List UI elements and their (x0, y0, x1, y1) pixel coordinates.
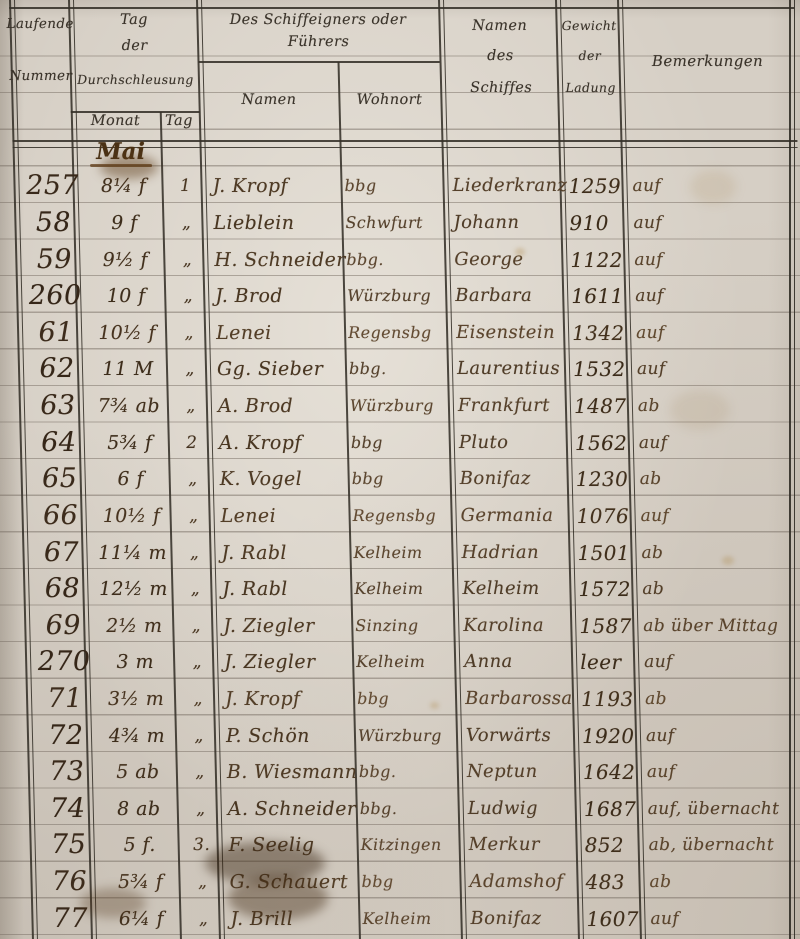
row-owner-name: J. Rabl (221, 534, 350, 571)
row-running-number: 68 (28, 570, 97, 607)
register-table: Laufende Nummer Tag der Durchschleusung … (0, 0, 800, 939)
ledger-row: 71 3½ m „ J. Kropf bbg Barbarossa 1193 a… (17, 680, 800, 717)
grid-vline-right-border (794, 0, 796, 939)
row-day: 1 (166, 167, 205, 204)
row-remark: ab (649, 863, 800, 900)
ledger-row: 61 10½ f „ Lenei Regensbg Eisenstein 134… (8, 314, 800, 351)
ledger-row: 270 3 m „ J. Ziegler Kelheim Anna leer a… (16, 643, 800, 680)
row-day: „ (175, 534, 214, 571)
row-remark: auf, übernacht (647, 790, 800, 827)
row-time: 5¾ f (86, 424, 173, 461)
row-residence: bbg. (359, 790, 460, 827)
row-residence: bbg (357, 680, 458, 717)
row-residence: Kelheim (356, 643, 457, 680)
row-owner-name: A. Schneider (227, 790, 356, 827)
row-running-number: 67 (27, 534, 96, 571)
row-residence: bbg. (346, 241, 447, 278)
row-remark: auf (636, 314, 800, 351)
row-day: „ (179, 680, 218, 717)
fox-spot (722, 556, 734, 565)
row-remark: auf (638, 424, 800, 461)
row-residence: Regensbg (348, 314, 449, 351)
grid-hline (198, 61, 439, 63)
column-header-owner: Des Schiffeigners oder (197, 12, 438, 28)
grid-vline-right-border (789, 0, 791, 939)
row-ship-name: Barbara (455, 277, 564, 314)
row-cargo-weight: 910 (569, 204, 626, 241)
row-day: „ (178, 643, 217, 680)
row-remark: auf (637, 350, 800, 387)
row-ship-name: Bonifaz (470, 900, 579, 937)
row-residence: Würzburg (349, 387, 450, 424)
row-residence: bbg (344, 167, 445, 204)
row-day: „ (171, 350, 210, 387)
row-day: „ (171, 387, 210, 424)
row-remark: auf (646, 753, 800, 790)
paper-stain (690, 170, 736, 204)
row-running-number: 270 (30, 643, 99, 680)
column-header-running-number: Nummer (8, 68, 74, 84)
ledger-page: Laufende Nummer Tag der Durchschleusung … (0, 0, 800, 939)
row-running-number: 257 (18, 167, 87, 204)
row-remark: auf (640, 497, 800, 534)
row-remark: auf (635, 277, 800, 314)
column-header-date: Durchschleusung (72, 72, 199, 87)
ledger-row: 65 6 f „ K. Vogel bbg Bonifaz 1230 ab (11, 460, 800, 497)
row-ship-name: Hadrian (461, 534, 570, 571)
row-cargo-weight: 852 (584, 826, 641, 863)
row-cargo-weight: 1076 (576, 497, 633, 534)
row-ship-name: Ludwig (467, 790, 576, 827)
column-header-day: Tag (158, 113, 200, 129)
row-day: „ (169, 277, 208, 314)
row-day: „ (174, 497, 213, 534)
row-remark: auf (646, 717, 800, 754)
column-header-ship: des (444, 48, 556, 64)
row-residence: bbg (350, 424, 451, 461)
row-remark: auf (633, 204, 800, 241)
row-ship-name: Laurentius (457, 350, 566, 387)
column-header-ship: Schiffes (445, 80, 557, 96)
ledger-row: 74 8 ab „ A. Schneider bbg. Ludwig 1687 … (19, 790, 800, 827)
column-header-residence: Wohnort (338, 92, 440, 108)
row-remark: auf (634, 241, 800, 278)
row-cargo-weight: 1562 (574, 424, 631, 461)
row-owner-name: K. Vogel (219, 460, 348, 497)
row-time: 10½ f (84, 314, 171, 351)
row-day: „ (181, 790, 220, 827)
row-ship-name: Germania (460, 497, 569, 534)
ledger-row: 72 4¾ m „ P. Schön Würzburg Vorwärts 192… (18, 717, 800, 754)
row-owner-name: J. Rabl (222, 570, 351, 607)
row-time: 11 M (85, 350, 172, 387)
ledger-row: 58 9 f „ Lieblein Schwfurt Johann 910 au… (5, 204, 800, 241)
row-residence: Würzburg (358, 717, 459, 754)
ledger-row: 73 5 ab „ B. Wiesmann bbg. Neptun 1642 a… (18, 753, 800, 790)
column-header-date: Tag (70, 12, 197, 28)
column-header-weight: Ladung (562, 80, 619, 95)
row-residence: Schwfurt (345, 204, 446, 241)
row-owner-name: P. Schön (226, 717, 355, 754)
row-day: „ (173, 460, 212, 497)
row-ship-name: Johann (453, 204, 562, 241)
row-owner-name: H. Schneider (214, 241, 343, 278)
row-running-number: 59 (20, 241, 89, 278)
row-time: 12½ m (90, 570, 177, 607)
row-ship-name: Neptun (466, 753, 575, 790)
row-ship-name: Barbarossa (465, 680, 574, 717)
row-time: 6 f (87, 460, 174, 497)
row-ship-name: Bonifaz (459, 460, 568, 497)
row-remark: auf (644, 643, 800, 680)
row-remark: ab über Mittag (643, 607, 800, 644)
column-header-weight: der (561, 48, 618, 63)
ledger-row: 59 9½ f „ H. Schneider bbg. George 1122 … (6, 241, 800, 278)
fox-spot (515, 248, 525, 256)
row-owner-name: J. Ziegler (223, 607, 352, 644)
row-ship-name: Pluto (458, 424, 567, 461)
row-day: „ (180, 717, 219, 754)
row-ship-name: Kelheim (462, 570, 571, 607)
column-header-owner: Führers (198, 34, 439, 50)
row-residence: bbg. (358, 753, 459, 790)
row-day: „ (168, 241, 207, 278)
row-remark: ab, übernacht (648, 826, 800, 863)
row-time: 3 m (92, 643, 179, 680)
row-running-number: 61 (22, 314, 91, 351)
row-running-number: 71 (31, 680, 100, 717)
row-day: „ (167, 204, 206, 241)
row-residence: bbg. (349, 350, 450, 387)
row-remark: auf (650, 900, 800, 937)
row-remark: ab (642, 570, 800, 607)
row-ship-name: Karolina (463, 607, 572, 644)
row-cargo-weight: 1687 (583, 790, 640, 827)
row-residence: Kitzingen (360, 826, 461, 863)
row-cargo-weight: 1587 (579, 607, 636, 644)
grid-hline-top (9, 7, 794, 9)
row-residence: Kelheim (353, 534, 454, 571)
row-owner-name: Lieblein (213, 204, 342, 241)
ink-smudge (228, 876, 328, 920)
row-running-number: 63 (23, 387, 92, 424)
row-running-number: 73 (32, 753, 101, 790)
ledger-row: 75 5 f. 3. F. Seelig Kitzingen Merkur 85… (20, 826, 800, 863)
row-time: 10½ f (88, 497, 175, 534)
row-time: 11¼ m (89, 534, 176, 571)
ink-smudge (100, 155, 158, 179)
row-ship-name: George (454, 241, 563, 278)
ledger-row: 68 12½ m „ J. Rabl Kelheim Kelheim 1572 … (14, 570, 800, 607)
row-running-number: 69 (29, 607, 98, 644)
row-running-number: 260 (21, 277, 90, 314)
row-time: 5 f. (96, 826, 183, 863)
row-residence: Sinzing (355, 607, 456, 644)
row-owner-name: J. Brod (215, 277, 344, 314)
row-running-number: 74 (33, 790, 102, 827)
row-ship-name: Liederkranz (452, 167, 561, 204)
ink-smudge (80, 888, 146, 918)
row-cargo-weight: 483 (585, 863, 642, 900)
row-cargo-weight: 1611 (571, 277, 628, 314)
ledger-row: 66 10½ f „ Lenei Regensbg Germania 1076 … (12, 497, 800, 534)
row-cargo-weight: 1607 (586, 900, 643, 937)
row-cargo-weight: 1501 (577, 534, 634, 571)
row-owner-name: J. Kropf (225, 680, 354, 717)
column-header-date: der (71, 38, 198, 54)
row-time: 7¾ ab (85, 387, 172, 424)
row-time: 4¾ m (94, 717, 181, 754)
column-header-ship: Namen (443, 18, 555, 34)
row-owner-name: J. Ziegler (224, 643, 353, 680)
row-cargo-weight: 1532 (573, 350, 630, 387)
ledger-row: 67 11¼ m „ J. Rabl Kelheim Hadrian 1501 … (13, 534, 800, 571)
column-header-weight: Gewicht (560, 18, 617, 33)
row-ship-name: Adamshof (469, 863, 578, 900)
row-remark: ab (641, 534, 800, 571)
row-residence: bbg (351, 460, 452, 497)
row-residence: Kelheim (362, 900, 463, 937)
row-day: „ (170, 314, 209, 351)
row-time: 10 f (83, 277, 170, 314)
row-residence: bbg (361, 863, 462, 900)
row-owner-name: A. Kropf (218, 424, 347, 461)
row-residence: Regensbg (352, 497, 453, 534)
row-residence: Kelheim (354, 570, 455, 607)
row-running-number: 62 (23, 350, 92, 387)
row-day: „ (177, 607, 216, 644)
row-cargo-weight: 1342 (572, 314, 629, 351)
row-cargo-weight: 1230 (575, 460, 632, 497)
row-time: 9½ f (82, 241, 169, 278)
row-cargo-weight: 1920 (582, 717, 639, 754)
row-owner-name: Gg. Sieber (217, 350, 346, 387)
row-time: 3½ m (93, 680, 180, 717)
row-ship-name: Eisenstein (456, 314, 565, 351)
row-day: „ (184, 900, 223, 937)
row-ship-name: Frankfurt (457, 387, 566, 424)
fox-spot (430, 702, 439, 709)
row-cargo-weight: 1259 (568, 167, 625, 204)
row-cargo-weight: 1572 (578, 570, 635, 607)
row-time: 8 ab (95, 790, 182, 827)
ledger-row: 260 10 f „ J. Brod Würzburg Barbara 1611… (7, 277, 800, 314)
row-cargo-weight: 1642 (582, 753, 639, 790)
ledger-row: 62 11 M „ Gg. Sieber bbg. Laurentius 153… (9, 350, 800, 387)
row-remark: ab (645, 680, 800, 717)
column-header-running-number: Laufende (6, 16, 72, 32)
ledger-row: 69 2½ m „ J. Ziegler Sinzing Karolina 15… (15, 607, 800, 644)
row-running-number: 66 (26, 497, 95, 534)
paper-stain (670, 390, 730, 430)
row-running-number: 72 (32, 717, 101, 754)
column-header-month: Monat (73, 113, 158, 129)
row-running-number: 64 (24, 424, 93, 461)
row-ship-name: Merkur (468, 826, 577, 863)
row-running-number: 65 (25, 460, 94, 497)
row-cargo-weight: 1487 (573, 387, 630, 424)
column-header-remarks: Bemerkungen (624, 52, 790, 70)
row-time: 5 ab (94, 753, 181, 790)
row-remark: ab (639, 460, 800, 497)
row-owner-name: B. Wiesmann (226, 753, 355, 790)
ledger-row: 64 5¾ f 2 A. Kropf bbg Pluto 1562 auf (10, 424, 800, 461)
row-ship-name: Anna (464, 643, 573, 680)
row-owner-name: Lenei (220, 497, 349, 534)
row-time: 2½ m (91, 607, 178, 644)
row-cargo-weight: 1193 (581, 680, 638, 717)
row-cargo-weight: 1122 (570, 241, 627, 278)
row-residence: Würzburg (347, 277, 448, 314)
row-day: 2 (172, 424, 211, 461)
row-day: „ (180, 753, 219, 790)
row-owner-name: J. Kropf (212, 167, 341, 204)
row-ship-name: Vorwärts (466, 717, 575, 754)
row-time: 9 f (81, 204, 168, 241)
row-owner-name: A. Brod (217, 387, 346, 424)
row-running-number: 75 (34, 826, 103, 863)
row-day: „ (176, 570, 215, 607)
row-cargo-weight: leer (580, 643, 637, 680)
column-header-owner-name: Namen (199, 92, 338, 108)
row-running-number: 58 (19, 204, 88, 241)
row-owner-name: Lenei (216, 314, 345, 351)
